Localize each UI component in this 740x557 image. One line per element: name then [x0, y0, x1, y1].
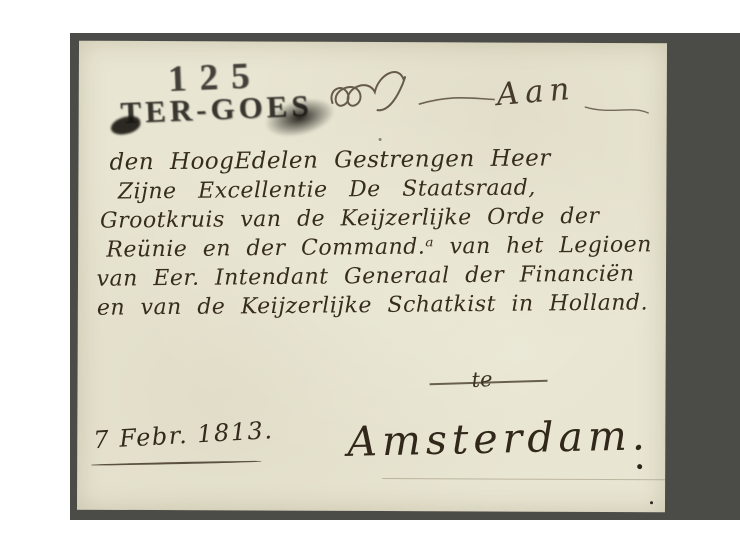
ink-speck	[650, 501, 653, 504]
destination-label: Amsterdam.	[347, 411, 650, 466]
paper-crease	[382, 478, 665, 480]
te-label: te	[471, 367, 493, 392]
ink-speck	[637, 464, 642, 469]
date-label: 7 Febr. 1813.	[93, 416, 274, 454]
letter-cover: 125 TER-GOES Aan den HoogEdelen Gestreng…	[77, 41, 667, 513]
photo-page: { "postmark": { "number": "125", "town":…	[0, 0, 740, 557]
address-line: en van de Keijzerlijke Schatkist in Holl…	[95, 288, 660, 322]
photo-mat: 125 TER-GOES Aan den HoogEdelen Gestreng…	[70, 33, 740, 520]
ink-speck	[379, 138, 382, 141]
annotation-aan: Aan	[492, 71, 577, 114]
date-underline	[91, 460, 261, 465]
address-block: den HoogEdelen Gestrengen Heer Zijne Exc…	[93, 143, 660, 322]
handwriting-flourish: Aan	[327, 54, 657, 129]
